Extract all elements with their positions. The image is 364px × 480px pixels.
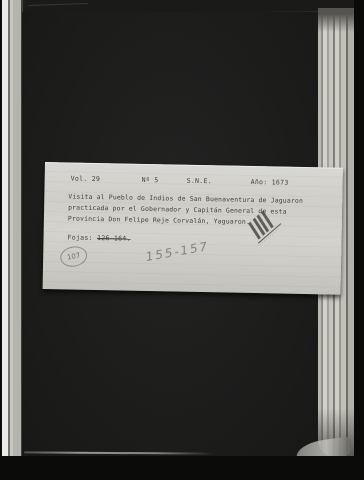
year-label: Año: 1673 [251, 178, 289, 187]
description-line-3: Provincia Don Felipe Reje Corvalán, Yagu… [68, 213, 318, 229]
folios-value-struck: 126-164. [97, 234, 131, 243]
folios-label: Fojas: [67, 233, 92, 241]
circled-number-value: 107 [66, 251, 81, 261]
handwritten-folio-correction: 155-157 [145, 239, 211, 264]
card-description: Visita al Pueblo de Indios de San Buenav… [68, 191, 319, 229]
stamp-illegible-text: ·········· [259, 221, 287, 246]
stamp-bars [244, 205, 282, 242]
stamp-baseline [258, 223, 282, 244]
description-line-2: practicada por el Gobernador y Capitán G… [68, 202, 318, 218]
index-card: Vol. 29 Nº 5 S.N.E. Año: 1673 Visita al … [43, 162, 343, 295]
section-label: S.N.E. [187, 177, 212, 185]
volume-label: Vol. 29 [71, 174, 101, 183]
scanned-archive-photo: Vol. 29 Nº 5 S.N.E. Año: 1673 Visita al … [0, 0, 364, 480]
folios-line: Fojas: 126-164. [67, 233, 130, 242]
circled-number: 107 [59, 244, 89, 269]
card-header-row: Vol. 29 Nº 5 S.N.E. Año: 1673 [45, 174, 343, 190]
background-bottom-band [0, 456, 364, 480]
document-number-label: Nº 5 [142, 176, 159, 184]
background-right-gutter [354, 0, 364, 480]
ink-stamp-icon: ·········· [244, 205, 289, 250]
description-line-1: Visita al Pueblo de Indios de San Buenav… [68, 191, 318, 207]
